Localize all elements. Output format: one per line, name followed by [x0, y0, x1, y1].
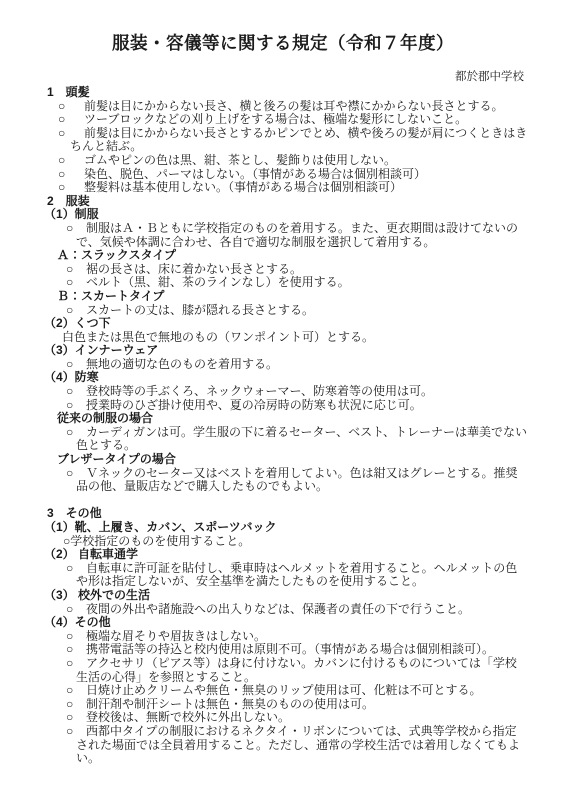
bullet-text: 登校後は、無断で校外に外出しない。: [86, 710, 290, 724]
subsection-heading: （3） 校外での生活: [0, 589, 566, 603]
bullet-text: ベルト（黒、紺、茶のラインなし）を使用する。: [86, 275, 350, 289]
circle-bullet-icon: ○: [58, 127, 65, 141]
bullet-item: ○整髪料は基本使用しない。（事情がある場合は個別相談可）: [0, 181, 566, 195]
bullet-item: ○カーディガンは可。学生服の下に着るセーター、ベスト、トレーナーは華美でない色と…: [0, 426, 566, 453]
bullet-item: ○登校後は、無断で校外に外出しない。: [0, 711, 566, 725]
bullet-text: カーディガンは可。学生服の下に着るセーター、ベスト、トレーナーは華美でない色とす…: [76, 425, 527, 453]
subsection-heading: （2） 自転車通学: [0, 548, 566, 562]
document-title: 服装・容儀等に関する規定（令和７年度）: [0, 30, 566, 55]
bullet-text: アクセサリ（ピアス等）は身に付けない。カバンに付けるものについては「学校生活の心…: [76, 656, 517, 684]
sub-heading: 従来の制服の場合: [0, 412, 566, 426]
circle-bullet-icon: ○: [66, 426, 73, 440]
circle-bullet-icon: ○: [66, 276, 73, 290]
bullet-text: 登校時等の手ぶくろ、ネックウォーマー、防寒着等の使用は可。: [86, 384, 433, 398]
bullet-text: 前髪は目にかからない長さとするかピンでとめ、横や後ろの髪が肩につくときはきちんと…: [70, 126, 527, 154]
bullet-item: ○ゴムやピンの色は黒、紺、茶とし、髪飾りは使用しない。: [0, 154, 566, 168]
section-heading: 1 頭髪: [0, 86, 566, 100]
bullet-text: 自転車に許可証を貼付し、乗車時はヘルメットを着用すること。ヘルメットの色や形は指…: [76, 561, 517, 589]
section-heading: 3 その他: [0, 507, 566, 521]
bullet-text: 日焼け止めクリームや無色・無臭のリップ使用は可、化粧は不可とする。: [86, 683, 482, 697]
sub-heading: Ｂ：スカートタイプ: [0, 290, 566, 304]
circle-bullet-icon: ○: [58, 113, 65, 127]
circle-bullet-icon: ○: [66, 562, 73, 576]
sub-heading: Ａ：スラックスタイプ: [0, 249, 566, 263]
bullet-item: ○自転車に許可証を貼付し、乗車時はヘルメットを着用すること。ヘルメットの色や形は…: [0, 562, 566, 589]
circle-bullet-icon: ○: [66, 711, 73, 725]
bullet-text: 西都中タイプの制服におけるネクタイ・リボンについては、式典等学校から指定された場…: [76, 724, 520, 765]
circle-bullet-icon: ○: [66, 643, 73, 657]
bullet-item: ○前髪は目にかからない長さとするかピンでとめ、横や後ろの髪が肩につくときはきちん…: [0, 127, 566, 154]
circle-bullet-icon: ○: [66, 385, 73, 399]
bullet-text: 夜間の外出や諸施設への出入りなどは、保護者の責任の下で行うこと。: [86, 602, 470, 616]
circle-bullet-icon: ○: [66, 698, 73, 712]
subsection-heading: （3）インナーウェア: [0, 344, 566, 358]
circle-bullet-icon: ○: [58, 154, 65, 168]
school-name: 都於郡中学校: [455, 68, 524, 84]
bullet-text: スカートの丈は、膝が隠れる長さとする。: [86, 303, 314, 317]
bullet-text: 極端な眉そりや眉抜きはしない。: [86, 629, 266, 643]
bullet-text: ツーブロックなどの刈り上げをする場合は、極端な髪形にしないこと。: [84, 112, 467, 126]
subsection-heading: （4）その他: [0, 616, 566, 630]
bullet-text: Ｖネックのセーター又はベストを着用してよい。色は紺又はグレーとする。推奨品の他、…: [76, 466, 518, 494]
bullet-item: ○ベルト（黒、紺、茶のラインなし）を使用する。: [0, 276, 566, 290]
bullet-item: ○Ｖネックのセーター又はベストを着用してよい。色は紺又はグレーとする。推奨品の他…: [0, 467, 566, 494]
circle-bullet-icon: ○: [66, 263, 73, 277]
circle-bullet-icon: ○: [58, 181, 65, 195]
document-body: 1 頭髪○前髪は目にかからない長さ、横と後ろの髪は耳や襟にかからない長さとする。…: [0, 86, 566, 766]
circle-bullet-icon: ○: [66, 684, 73, 698]
bullet-item: ○日焼け止めクリームや無色・無臭のリップ使用は可、化粧は不可とする。: [0, 684, 566, 698]
bullet-item: ○登校時等の手ぶくろ、ネックウォーマー、防寒着等の使用は可。: [0, 385, 566, 399]
circle-bullet-icon: ○: [66, 725, 73, 739]
bullet-item: ○ツーブロックなどの刈り上げをする場合は、極端な髪形にしないこと。: [0, 113, 566, 127]
bullet-text: 携帯電話等の持込と校内使用は原則不可。（事情がある場合は個別相談可）。: [86, 642, 494, 656]
sub-heading: ブレザータイプの場合: [0, 453, 566, 467]
bullet-item: ○制服はＡ・Ｂともに学校指定のものを着用する。また、更衣期間は設けてないので、気…: [0, 222, 566, 249]
bullet-text: 裾の長さは、床に着かない長さとする。: [86, 262, 302, 276]
bullet-text: 授業時のひざ掛け使用や、夏の冷房時の防寒も状況に応じ可。: [86, 398, 422, 412]
bullet-text: 前髪は目にかからない長さ、横と後ろの髪は耳や襟にかからない長さとする。: [84, 99, 504, 113]
subsection-heading: （1）靴、上履き、カバン、スポーツバック: [0, 521, 566, 535]
circle-bullet-icon: ○: [58, 168, 65, 182]
circle-bullet-icon: ○: [66, 630, 73, 644]
circle-bullet-icon: ○: [58, 100, 65, 114]
bullet-text: 無地の適切な色のものを着用する。: [86, 357, 278, 371]
document-page: 服装・容儀等に関する規定（令和７年度） 都於郡中学校 1 頭髪○前髪は目にかから…: [0, 0, 566, 800]
bullet-item: ○携帯電話等の持込と校内使用は原則不可。（事情がある場合は個別相談可）。: [0, 643, 566, 657]
circle-bullet-icon: ○: [66, 222, 73, 236]
bullet-text: ゴムやピンの色は黒、紺、茶とし、髪飾りは使用しない。: [84, 153, 396, 167]
circle-bullet-icon: ○: [66, 467, 73, 481]
bullet-item: ○アクセサリ（ピアス等）は身に付けない。カバンに付けるものについては「学校生活の…: [0, 657, 566, 684]
bullet-text: 整髪料は基本使用しない。（事情がある場合は個別相談可）: [84, 180, 402, 194]
subsection-heading: （2）くつ下: [0, 317, 566, 331]
circle-bullet-icon: ○: [66, 657, 73, 671]
bullet-text: 制汗剤や制汗シートは無色・無臭のものの使用は可。: [86, 697, 374, 711]
bullet-item: ○西都中タイプの制服におけるネクタイ・リボンについては、式典等学校から指定された…: [0, 725, 566, 766]
bullet-text: 染色、脱色、パーマはしない。（事情がある場合は個別相談可）: [84, 167, 426, 181]
bullet-text: 制服はＡ・Ｂともに学校指定のものを着用する。また、更衣期間は設けてないので、気候…: [76, 221, 518, 249]
subsection-heading: （1）制服: [0, 208, 566, 222]
